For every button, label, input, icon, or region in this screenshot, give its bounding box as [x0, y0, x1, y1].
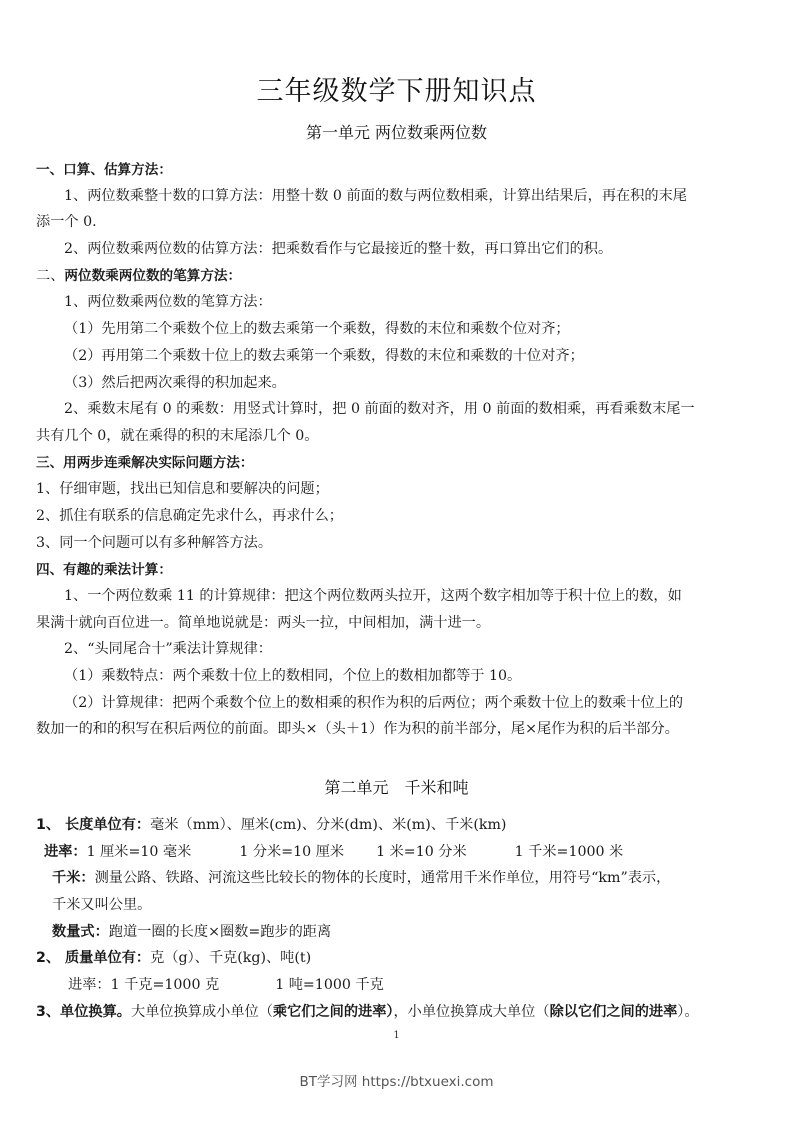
document-page: 三年级数学下册知识点 第一单元 两位数乘两位数 一、口算、估算方法： 1、两位数…: [0, 0, 793, 1122]
sec1-p1-line2: 添一个 0.: [36, 212, 97, 232]
conversion-line: 3、单位换算。大单位换算成小单位（乘它们之间的进率），小单位换算成大单位（除以它…: [36, 1002, 699, 1022]
mass-rate: 1 吨=1000 千克: [275, 977, 384, 993]
km-text: 测量公路、铁路、河流这些比较长的物体的长度时，通常用千米作单位，用符号“km”表…: [95, 870, 671, 886]
sec2-step1: （1）先用第二个乘数个位上的数去乘第一个乘数，得数的末位和乘数个位对齐；: [64, 319, 570, 339]
sec1-heading: 一、口算、估算方法：: [36, 160, 172, 180]
mass-units-value: 克（g）、千克(kg)、吨(t): [150, 950, 311, 966]
sec2-p2-line1: 2、乘数末尾有 0 的乘数：用竖式计算时，把 0 前面的数对齐，用 0 前面的数…: [64, 399, 695, 419]
footer-watermark: BT学习网 https://btxuexi.com: [0, 1070, 793, 1090]
sec4-p1-line2: 果满十就向百位进一。简单地说就是：两头一拉，中间相加，满十进一。: [36, 613, 490, 633]
sec4-p2: 2、“头同尾合十”乘法计算规律：: [64, 639, 272, 659]
length-rate: 1 厘米=10 毫米: [87, 844, 192, 860]
formula-label: 数量式：: [52, 924, 109, 940]
mass-units-line: 2、 质量单位有：克（g）、千克(kg)、吨(t): [36, 948, 311, 968]
sec2-heading: 二、两位数乘两位数的笔算方法：: [36, 266, 241, 286]
formula-text: 跑道一圈的长度×圈数=跑步的距离: [109, 924, 331, 940]
mass-units-label: 2、 质量单位有：: [36, 950, 150, 966]
sec2-step3: （3）然后把两次乘得的积加起来。: [64, 373, 286, 393]
length-units-value: 毫米（mm）、厘米(cm)、分米(dm)、米(m)、千米(km): [150, 817, 506, 833]
length-rate: 1 分米=10 厘米: [239, 844, 344, 860]
unit1-heading: 第一单元 两位数乘两位数: [0, 122, 793, 144]
length-units-line: 1、 长度单位有：毫米（mm）、厘米(cm)、分米(dm)、米(m)、千米(km…: [36, 815, 506, 835]
unit2-heading: 第二单元 千米和吨: [0, 777, 793, 799]
km-line1: 千米：测量公路、铁路、河流这些比较长的物体的长度时，通常用千米作单位，用符号“k…: [52, 868, 670, 888]
length-rates-line: 进率：1 厘米=10 毫米1 分米=10 厘米1 米=10 分米1 千米=100…: [44, 842, 623, 862]
sec4-heading: 四、有趣的乘法计算：: [36, 560, 172, 580]
conversion-text: ，小单位换算成大单位（: [393, 1004, 549, 1020]
sec3-heading: 三、用两步连乘解决实际问题方法：: [36, 453, 254, 473]
sec2-heading-text: 两位数乘两位数的笔算方法：: [64, 268, 241, 284]
sec3-item: 2、抓住有联系的信息确定先求什么，再求什么；: [36, 506, 343, 526]
km-label: 千米：: [52, 870, 95, 886]
sec4-step2-line2: 数加一的和的积写在积后两位的前面。即头×（头＋1）作为积的前半部分，尾×尾作为积…: [36, 719, 679, 739]
mass-rate-label: 进率：: [68, 977, 111, 993]
sec3-item: 1、仔细审题，找出已知信息和要解决的问题；: [36, 479, 329, 499]
conversion-bold: 除以它们之间的进率: [550, 1004, 678, 1020]
conversion-text: 大单位换算成小单位（: [131, 1004, 273, 1020]
page-number: 1: [0, 1030, 793, 1041]
mass-rate: 1 千克=1000 克: [111, 977, 220, 993]
sec2-heading-prefix: 二、: [36, 268, 64, 284]
document-title: 三年级数学下册知识点: [0, 74, 793, 110]
sec4-p1-line1: 1、一个两位数乘 11 的计算规律：把这个两位数两头拉开，这两个数字相加等于积十…: [64, 586, 682, 606]
conversion-text: ）。: [677, 1004, 698, 1020]
sec1-p2: 2、两位数乘两位数的估算方法：把乘数看作与它最接近的整十数，再口算出它们的积。: [64, 239, 612, 259]
length-rate-label: 进率：: [44, 844, 87, 860]
sec3-item: 3、同一个问题可以有多种解答方法。: [36, 533, 272, 553]
length-rate: 1 千米=1000 米: [515, 844, 624, 860]
sec2-step2: （2）再用第二个乘数十位上的数去乘第一个乘数，得数的末位和乘数的十位对齐；: [64, 346, 584, 366]
sec4-step2-line1: （2）计算规律：把两个乘数个位上的数相乘的积作为积的后两位；两个乘数十位上的数乘…: [64, 693, 683, 713]
km-line2: 千米又叫公里。: [52, 895, 151, 915]
conversion-bold: 乘它们之间的进率）: [273, 1004, 394, 1020]
sec4-step1: （1）乘数特点：两个乘数十位上的数相同，个位上的数相加都等于 10。: [64, 666, 521, 686]
length-rate: 1 米=10 分米: [376, 844, 467, 860]
sec2-p1: 1、两位数乘两位数的笔算方法：: [64, 292, 272, 312]
formula-line: 数量式：跑道一圈的长度×圈数=跑步的距离: [52, 922, 331, 942]
conversion-label: 3、单位换算。: [36, 1004, 131, 1020]
sec2-p2-line2: 共有几个 0，就在乘得的积的末尾添几个 0。: [36, 426, 318, 446]
length-units-label: 1、 长度单位有：: [36, 817, 150, 833]
sec1-p1-line1: 1、两位数乘整十数的口算方法：用整十数 0 前面的数与两位数相乘，计算出结果后，…: [64, 186, 687, 206]
mass-rates-line: 进率：1 千克=1000 克1 吨=1000 千克: [68, 975, 384, 995]
